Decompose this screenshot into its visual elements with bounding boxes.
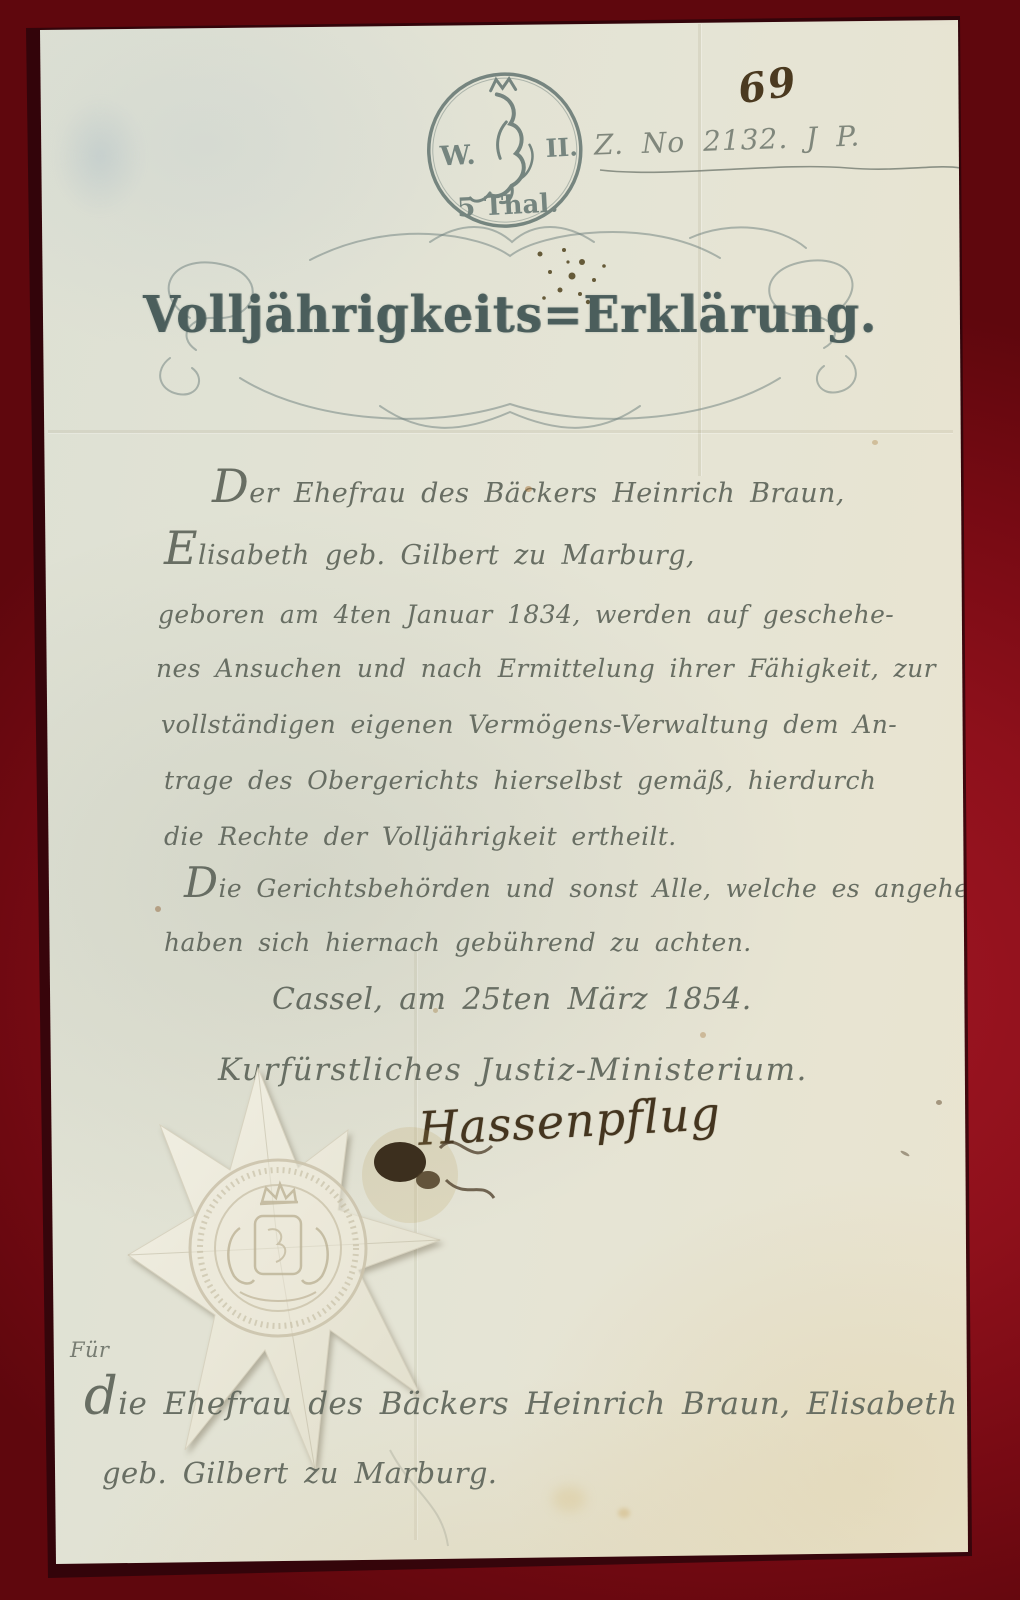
footer-line: geb. Gilbert zu Marburg. — [102, 1456, 497, 1490]
registry-number: Z. No 2132. J P. — [594, 119, 861, 161]
foxing-stain — [552, 1486, 586, 1512]
seal-emblem — [190, 1160, 366, 1336]
document-paper: W. II. 5 Thal. 69 Z. No 2132. J P. — [0, 0, 1020, 1600]
foxing-stain — [525, 486, 532, 492]
foxing-stain — [872, 440, 878, 445]
body-line: haben sich hiernach gebührend zu achten. — [164, 928, 752, 957]
body-line: die Rechte der Volljährigkeit ertheilt. — [164, 822, 677, 851]
body-line: Der Ehefrau des Bäckers Heinrich Braun, — [212, 478, 845, 509]
stamp-left-value: W. — [438, 140, 476, 173]
paper-seal — [90, 1030, 490, 1530]
body-line: geboren am 4ten Januar 1834, werden auf … — [158, 600, 894, 629]
body-line: Die Gerichtsbehörden und sonst Alle, wel… — [184, 874, 988, 903]
body-line: trage des Obergerichts hierselbst gemäß,… — [164, 766, 876, 795]
footer-salutation: Für — [70, 1338, 109, 1362]
dateline: Cassel, am 25ten März 1854. — [272, 982, 752, 1017]
foxing-stain — [618, 1508, 630, 1518]
photo-of-document: { "photo": { "background_color": "#8e101… — [0, 0, 1020, 1600]
document-title: Volljährigkeits=Erklärung. — [0, 286, 1020, 345]
foxing-stain — [700, 1032, 706, 1038]
foxing-stain — [155, 906, 161, 912]
paper-watermark — [56, 98, 144, 214]
body-line: vollständigen eigenen Vermögens-Verwaltu… — [161, 710, 897, 739]
body-line: nes Ansuchen und nach Ermittelung ihrer … — [156, 654, 936, 683]
footer-line: die Ehefrau des Bäckers Heinrich Braun, … — [84, 1386, 958, 1422]
folio-number: 69 — [735, 58, 801, 114]
ink-blot — [362, 1127, 494, 1223]
foxing-stain — [433, 1008, 438, 1013]
body-line: Elisabeth geb. Gilbert zu Marburg, — [164, 540, 695, 571]
ink-speck — [900, 1150, 910, 1157]
ink-speck — [936, 1100, 942, 1105]
registry-underline-flourish — [598, 158, 964, 180]
stamp-right-value: II. — [545, 132, 579, 163]
